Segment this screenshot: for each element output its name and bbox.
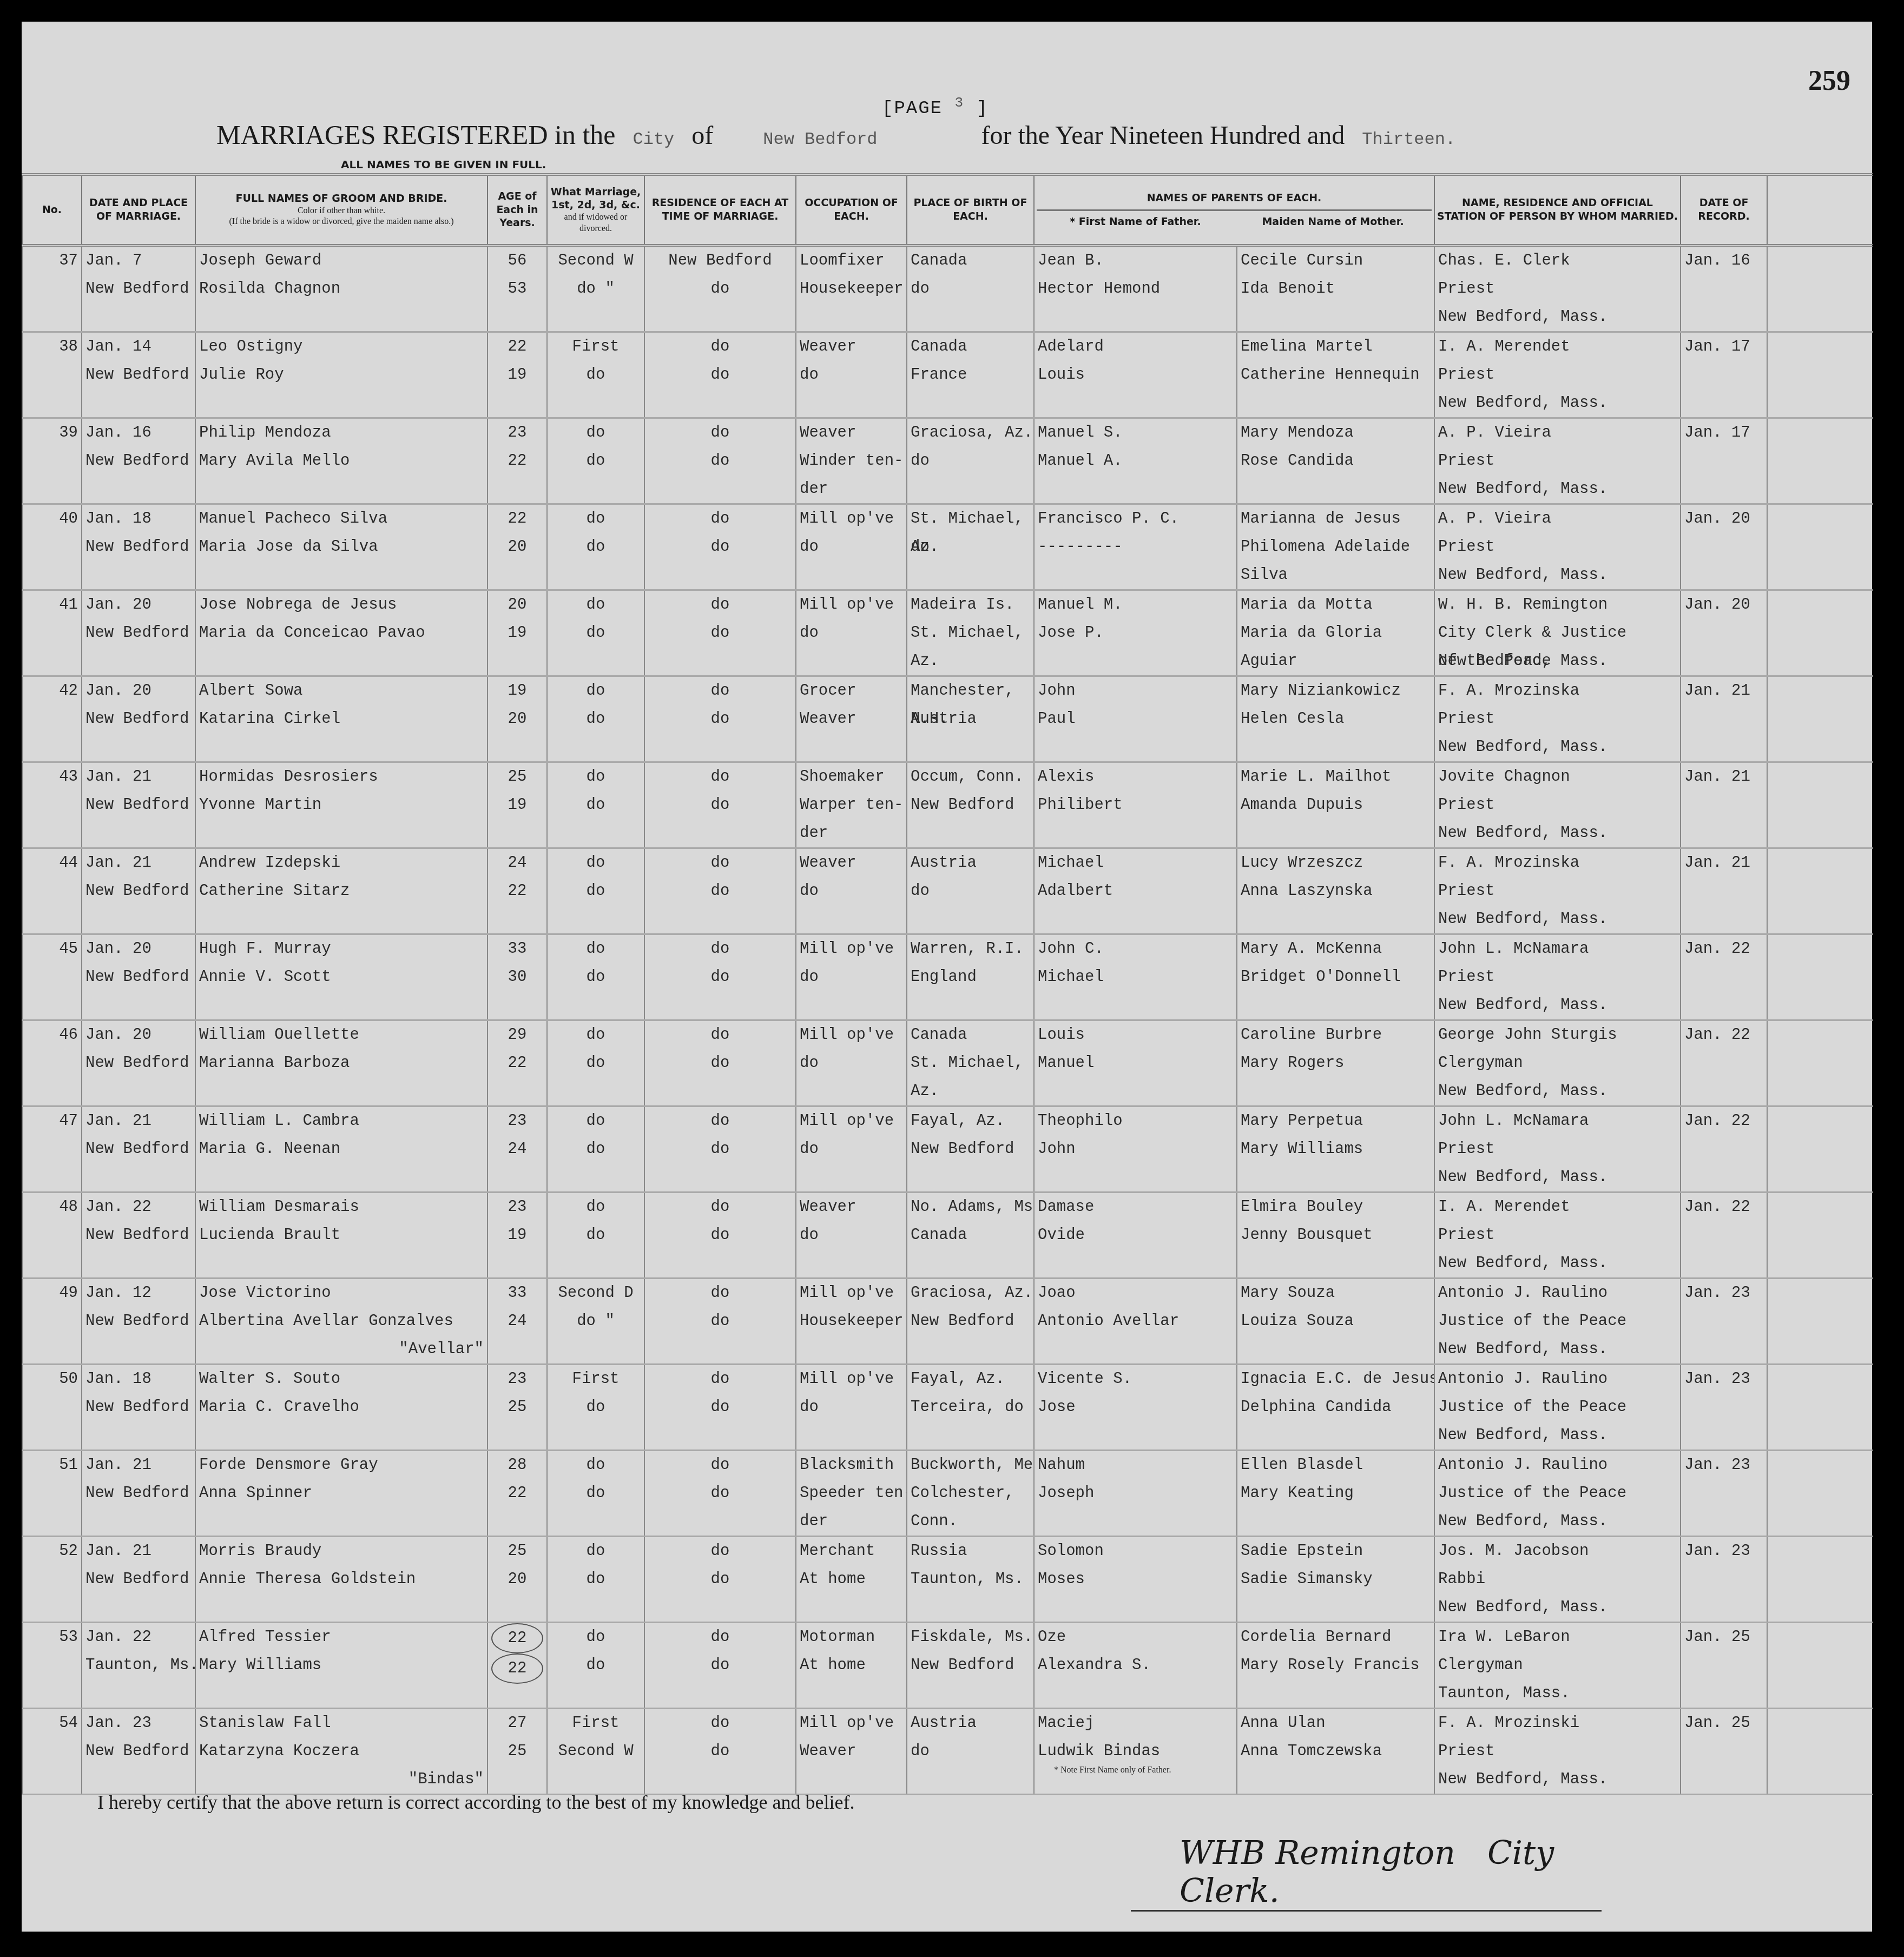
residence: dodo (644, 762, 796, 848)
record-date: Jan. 23 (1684, 1537, 1763, 1565)
groom-birthplace: Austria (911, 849, 1030, 877)
municipality-name: New Bedford (763, 129, 877, 149)
what-marriage: Firstdo (547, 332, 644, 418)
groom-marriage: do (551, 1451, 641, 1479)
bride-occupation: do (800, 1049, 903, 1077)
bride-birthplace: do (911, 533, 1030, 561)
date-place: Jan. 14New Bedford (82, 332, 195, 418)
father-names: AdelardLouis (1034, 332, 1237, 418)
groom-father: Nahum (1038, 1451, 1233, 1479)
bride-occupation: do (800, 1135, 903, 1163)
date-place: Jan. 22Taunton, Ms. (82, 1623, 195, 1709)
bride-name: Maria Jose da Silva (199, 533, 484, 561)
date-place: Jan. 20New Bedford (82, 1020, 195, 1106)
bride-father: Hector Hemond (1038, 275, 1233, 303)
record-date: Jan. 20 (1684, 505, 1763, 533)
marriage-place: New Bedford (85, 1737, 192, 1765)
groom-mother: Sadie Epstein (1241, 1537, 1431, 1565)
officiant: George John SturgisClergymanNew Bedford,… (1434, 1020, 1681, 1106)
col-parents-sub: * First Name of Father. Maiden Name of M… (1037, 215, 1432, 229)
margin-cell (1767, 934, 1873, 1020)
groom-father: Manuel S. (1038, 419, 1233, 447)
bride-occupation: Housekeeper (800, 275, 903, 303)
ages: 1920 (487, 676, 547, 762)
ages: 2822 (487, 1451, 547, 1537)
municipality-type: City (633, 129, 675, 149)
groom-residence: do (648, 1451, 792, 1479)
groom-marriage: do (551, 505, 641, 533)
groom-marriage: do (551, 419, 641, 447)
groom-residence: do (648, 1365, 792, 1393)
groom-name: Jose Nobrega de Jesus (199, 591, 484, 619)
table-row: 54Jan. 23New BedfordStanislaw FallKatarz… (22, 1709, 1873, 1795)
record-date: Jan. 22 (1681, 934, 1767, 1020)
record-no: 38 (22, 332, 82, 418)
groom-age: 23 (491, 1365, 543, 1393)
bride-birthplace: France (911, 361, 1030, 389)
names: Philip MendozaMary Avila Mello (195, 418, 487, 504)
officiant: John L. McNamaraPriestNew Bedford, Mass. (1434, 934, 1681, 1020)
officiant: Ira W. LeBaronClergymanTaunton, Mass. (1434, 1623, 1681, 1709)
groom-father: Solomon (1038, 1537, 1233, 1565)
officiant-title: Justice of the Peace (1438, 1393, 1677, 1421)
record-number: 42 (26, 677, 78, 705)
groom-name: William L. Cambra (199, 1107, 484, 1135)
occupation: Weaverdo (796, 1192, 907, 1279)
record-number: 43 (26, 763, 78, 791)
groom-residence: do (648, 591, 792, 619)
bride-age: 22 (491, 1479, 543, 1507)
margin-cell (1767, 1279, 1873, 1365)
officiant-name: Jovite Chagnon (1438, 763, 1677, 791)
officiant: John L. McNamaraPriestNew Bedford, Mass. (1434, 1106, 1681, 1192)
names: Joseph GewardRosilda Chagnon (195, 246, 487, 332)
groom-age: 33 (491, 935, 543, 963)
marriage-date: Jan. 21 (85, 763, 192, 791)
table-row: 47Jan. 21New BedfordWilliam L. CambraMar… (22, 1106, 1873, 1192)
groom-occupation: Weaver (800, 419, 903, 447)
officiant-name: Antonio J. Raulino (1438, 1365, 1677, 1393)
record-number: 44 (26, 849, 78, 877)
officiant-title: Priest (1438, 1135, 1677, 1163)
bride-father: Alexandra S. (1038, 1651, 1233, 1679)
record-number: 49 (26, 1279, 78, 1307)
marriage-date: Jan. 22 (85, 1193, 192, 1221)
officiant: Antonio J. RaulinoJustice of the PeaceNe… (1434, 1279, 1681, 1365)
margin-cell (1767, 1365, 1873, 1451)
bride-residence: do (648, 1565, 792, 1593)
bride-father: Moses (1038, 1565, 1233, 1593)
bride-residence: do (648, 1135, 792, 1163)
bride-name: Katarzyna Koczera (199, 1737, 484, 1765)
birthplace: Graciosa, Az.do (907, 418, 1034, 504)
bride-birthplace: St. Michael, Az. (911, 619, 1030, 647)
residence: dodo (644, 676, 796, 762)
mother-names: Ellen BlasdelMary Keating (1237, 1451, 1434, 1537)
bride-marriage: do (551, 533, 641, 561)
groom-father: John C. (1038, 935, 1233, 963)
marriage-place: New Bedford (85, 447, 192, 475)
what-marriage: dodo (547, 676, 644, 762)
residence: dodo (644, 1279, 796, 1365)
birthplace: Fayal, Az.Terceira, do (907, 1365, 1034, 1451)
bride-occupation: do (800, 963, 903, 991)
ages: 2519 (487, 762, 547, 848)
bride-mother: Mary Williams (1241, 1135, 1431, 1163)
officiant-residence: New Bedford, Mass. (1438, 733, 1677, 761)
officiant-residence: New Bedford, Mass. (1438, 1163, 1677, 1191)
footnote: * Note First Name only of Father. (1038, 1765, 1233, 1775)
officiant-residence: New Bedford, Mass. (1438, 905, 1677, 933)
father-names: SolomonMoses (1034, 1537, 1237, 1623)
officiant-residence: New Bedford, Mass. (1438, 1593, 1677, 1622)
record-date: Jan. 25 (1684, 1623, 1763, 1651)
names: Andrew IzdepskiCatherine Sitarz (195, 848, 487, 934)
bride-name: Annie V. Scott (199, 963, 484, 991)
record-date: Jan. 20 (1681, 590, 1767, 676)
bride-marriage: do (551, 1393, 641, 1421)
father-names: Francisco P. C.--------- (1034, 504, 1237, 590)
residence: dodo (644, 1365, 796, 1451)
father-names: NahumJoseph (1034, 1451, 1237, 1537)
groom-occupation: Motorman (800, 1623, 903, 1651)
date-place: Jan. 20New Bedford (82, 934, 195, 1020)
clerk-signature: WHB Remington City Clerk. (1131, 1834, 1602, 1912)
officiant-title: City Clerk & Justice of the Peace (1438, 619, 1677, 647)
groom-mother: Caroline Burbre (1241, 1021, 1431, 1049)
groom-mother: Ignacia E.C. de Jesus (1241, 1365, 1431, 1393)
officiant-title: Priest (1438, 791, 1677, 819)
father-names: Manuel S.Manuel A. (1034, 418, 1237, 504)
officiant-residence: New Bedford, Mass. (1438, 1507, 1677, 1536)
bride-birthplace: New Bedford (911, 1135, 1030, 1163)
officiant-name: Antonio J. Raulino (1438, 1279, 1677, 1307)
bride-father: Paul (1038, 705, 1233, 733)
record-no: 51 (22, 1451, 82, 1537)
groom-birthplace: Occum, Conn. (911, 763, 1030, 791)
groom-occupation: Grocer (800, 677, 903, 705)
margin-cell (1767, 332, 1873, 418)
father-names: AlexisPhilibert (1034, 762, 1237, 848)
bride-residence: do (648, 1393, 792, 1421)
bride-birthplace: do (911, 1737, 1030, 1765)
residence: dodo (644, 1020, 796, 1106)
groom-father: Louis (1038, 1021, 1233, 1049)
bride-age: 22 (491, 1049, 543, 1077)
record-date: Jan. 21 (1681, 848, 1767, 934)
record-no: 41 (22, 590, 82, 676)
groom-occupation: Mill op've (800, 1365, 903, 1393)
residence: dodo (644, 1623, 796, 1709)
birthplace: Manchester, N.H.Austria (907, 676, 1034, 762)
marriage-place: New Bedford (85, 1221, 192, 1249)
residence: dodo (644, 332, 796, 418)
groom-age: 20 (491, 591, 543, 619)
bride-mother: Ida Benoit (1241, 275, 1431, 303)
occupation: GrocerWeaver (796, 676, 907, 762)
groom-birthplace: Manchester, N.H. (911, 677, 1030, 705)
bride-mother: Helen Cesla (1241, 705, 1431, 733)
groom-birthplace: Russia (911, 1537, 1030, 1565)
names: William OuelletteMarianna Barboza (195, 1020, 487, 1106)
groom-father: Maciej (1038, 1709, 1233, 1737)
occupation: Weaverdo (796, 332, 907, 418)
names: Hugh F. MurrayAnnie V. Scott (195, 934, 487, 1020)
col-what-marriage-note: and if widowed or divorced. (550, 212, 642, 235)
bride-occupation: do (800, 361, 903, 389)
bride-age: 25 (491, 1393, 543, 1421)
marriage-date: Jan. 21 (85, 1537, 192, 1565)
occupation: LoomfixerHousekeeper (796, 246, 907, 332)
record-date: Jan. 22 (1684, 1193, 1763, 1221)
father-names: LouisManuel (1034, 1020, 1237, 1106)
groom-father: Adelard (1038, 333, 1233, 361)
bride-age: 20 (491, 533, 543, 561)
bride-father: Ovide (1038, 1221, 1233, 1249)
groom-age: 25 (491, 763, 543, 791)
record-date: Jan. 16 (1681, 246, 1767, 332)
ages: 2019 (487, 590, 547, 676)
bride-marriage: do (551, 1651, 641, 1679)
groom-occupation: Merchant (800, 1537, 903, 1565)
table-row: 50Jan. 18New BedfordWalter S. SoutoMaria… (22, 1365, 1873, 1451)
groom-father: Oze (1038, 1623, 1233, 1651)
marriage-date: Jan. 23 (85, 1709, 192, 1737)
margin-cell (1767, 1623, 1873, 1709)
date-place: Jan. 20New Bedford (82, 676, 195, 762)
groom-birthplace: St. Michael, Az. (911, 505, 1030, 533)
margin-cell (1767, 1106, 1873, 1192)
groom-birthplace: Graciosa, Az. (911, 419, 1030, 447)
officiant-title: Clergyman (1438, 1049, 1677, 1077)
bride-age: 22 (491, 447, 543, 475)
officiant: Chas. E. ClerkPriestNew Bedford, Mass. (1434, 246, 1681, 332)
record-number: 39 (26, 419, 78, 447)
table-row: 52Jan. 21New BedfordMorris BraudyAnnie T… (22, 1537, 1873, 1623)
ages: 2325 (487, 1365, 547, 1451)
mother-names: Cecile CursinIda Benoit (1237, 246, 1434, 332)
officiant-title: Priest (1438, 963, 1677, 991)
bride-age: 30 (491, 963, 543, 991)
record-no: 37 (22, 246, 82, 332)
bride-mother: Amanda Dupuis (1241, 791, 1431, 819)
officiant-name: A. P. Vieira (1438, 419, 1677, 447)
year-prefix: for the Year Nineteen Hundred and (981, 121, 1345, 150)
groom-age: 24 (491, 849, 543, 877)
mother-names: Lucy WrzeszczAnna Laszynska (1237, 848, 1434, 934)
margin-cell (1767, 504, 1873, 590)
bride-marriage: do (551, 1221, 641, 1249)
ages: 2324 (487, 1106, 547, 1192)
groom-age: 28 (491, 1451, 543, 1479)
record-date: Jan. 22 (1681, 1020, 1767, 1106)
col-mother: Maiden Name of Mother. (1234, 215, 1432, 229)
officiant-name: Antonio J. Raulino (1438, 1451, 1677, 1479)
officiant-residence: New Bedford, Mass. (1438, 647, 1677, 675)
father-names: MaciejLudwik Bindas* Note First Name onl… (1034, 1709, 1237, 1795)
occupation: Mill op'vedo (796, 590, 907, 676)
names: Hormidas DesrosiersYvonne Martin (195, 762, 487, 848)
record-date: Jan. 22 (1684, 1021, 1763, 1049)
what-marriage: dodo (547, 418, 644, 504)
groom-birthplace: Warren, R.I. (911, 935, 1030, 963)
bride-mother: Jenny Bousquet (1241, 1221, 1431, 1249)
marriage-place: New Bedford (85, 275, 192, 303)
occupation: Mill op'vedo (796, 504, 907, 590)
occupation: Mill op'vedo (796, 1106, 907, 1192)
bride-name: Maria da Conceicao Pavao (199, 619, 484, 647)
col-what-marriage-label: What Marriage, 1st, 2d, 3d, &c. (551, 186, 641, 212)
bride-father: Michael (1038, 963, 1233, 991)
marriage-date: Jan. 14 (85, 333, 192, 361)
bride-name: Catherine Sitarz (199, 877, 484, 905)
groom-name: Andrew Izdepski (199, 849, 484, 877)
ages: 5653 (487, 246, 547, 332)
ages: 2319 (487, 1192, 547, 1279)
col-parents-label: NAMES OF PARENTS OF EACH. (1037, 192, 1432, 211)
bride-birthplace: do (911, 275, 1030, 303)
groom-age: 27 (491, 1709, 543, 1737)
officiant-name: Ira W. LeBaron (1438, 1623, 1677, 1651)
record-date: Jan. 22 (1681, 1106, 1767, 1192)
names: Leo OstignyJulie Roy (195, 332, 487, 418)
date-place: Jan. 18New Bedford (82, 504, 195, 590)
officiant-residence: New Bedford, Mass. (1438, 303, 1677, 331)
marriage-date: Jan. 21 (85, 849, 192, 877)
officiant-name: I. A. Merendet (1438, 333, 1677, 361)
groom-marriage: First (551, 1709, 641, 1737)
bride-marriage: do (551, 791, 641, 819)
groom-mother: Cecile Cursin (1241, 247, 1431, 275)
record-number: 38 (26, 333, 78, 361)
record-date: Jan. 25 (1681, 1623, 1767, 1709)
bride-name: Yvonne Martin (199, 791, 484, 819)
groom-mother: Mary Souza (1241, 1279, 1431, 1307)
ages: 2422 (487, 848, 547, 934)
marriage-place: New Bedford (85, 533, 192, 561)
record-no: 49 (22, 1279, 82, 1365)
record-no: 47 (22, 1106, 82, 1192)
groom-marriage: Second D (551, 1279, 641, 1307)
col-date-record: DATE OF RECORD. (1681, 175, 1767, 246)
bride-age: 22 (491, 1653, 543, 1684)
mother-names: Mary MendozaRose Candida (1237, 418, 1434, 504)
record-date: Jan. 22 (1681, 1192, 1767, 1279)
bride-name: Katarina Cirkel (199, 705, 484, 733)
mother-names: Anna UlanAnna Tomczewska (1237, 1709, 1434, 1795)
marriage-date: Jan. 21 (85, 1451, 192, 1479)
father-names: Jean B.Hector Hemond (1034, 246, 1237, 332)
mother-names: Elmira BouleyJenny Bousquet (1237, 1192, 1434, 1279)
record-no: 48 (22, 1192, 82, 1279)
residence: dodo (644, 1537, 796, 1623)
marriage-place: New Bedford (85, 1565, 192, 1593)
sheet-number: 259 (1808, 65, 1850, 97)
bride-marriage: do (551, 1565, 641, 1593)
bride-father: Antonio Avellar (1038, 1307, 1233, 1335)
bride-birthplace: do (911, 447, 1030, 475)
bride-residence: do (648, 963, 792, 991)
groom-residence: do (648, 1193, 792, 1221)
instruction: ALL NAMES TO BE GIVEN IN FULL. (341, 158, 546, 171)
groom-marriage: do (551, 1193, 641, 1221)
groom-mother: Lucy Wrzeszcz (1241, 849, 1431, 877)
mother-names: Cordelia BernardMary Rosely Francis (1237, 1623, 1434, 1709)
marriage-place: New Bedford (85, 705, 192, 733)
record-date: Jan. 23 (1681, 1537, 1767, 1623)
marriage-place: New Bedford (85, 877, 192, 905)
groom-mother: Mary A. McKenna (1241, 935, 1431, 963)
groom-occupation: Mill op've (800, 1279, 903, 1307)
bride-age: 19 (491, 361, 543, 389)
residence: dodo (644, 1451, 796, 1537)
bride-name: Albertina Avellar Gonzalves (199, 1307, 484, 1335)
groom-birthplace: Austria (911, 1709, 1030, 1737)
marriage-place: New Bedford (85, 361, 192, 389)
bride-residence: do (648, 1049, 792, 1077)
names: Alfred TessierMary Williams (195, 1623, 487, 1709)
what-marriage: Second Wdo " (547, 246, 644, 332)
marriage-place: New Bedford (85, 1049, 192, 1077)
groom-mother: Anna Ulan (1241, 1709, 1431, 1737)
date-place: Jan. 21New Bedford (82, 1537, 195, 1623)
record-date: Jan. 23 (1684, 1451, 1763, 1479)
groom-mother: Marianna de Jesus (1241, 505, 1431, 533)
record-number: 50 (26, 1365, 78, 1393)
table-row: 45Jan. 20New BedfordHugh F. MurrayAnnie … (22, 934, 1873, 1020)
officiant: I. A. MerendetPriestNew Bedford, Mass. (1434, 1192, 1681, 1279)
names: Stanislaw FallKatarzyna Koczera"Bindas" (195, 1709, 487, 1795)
father-names: OzeAlexandra S. (1034, 1623, 1237, 1709)
bride-residence: do (648, 1651, 792, 1679)
bride-residence: do (648, 361, 792, 389)
bride-marriage: do (551, 447, 641, 475)
officiant: W. H. B. RemingtonCity Clerk & Justice o… (1434, 590, 1681, 676)
bride-age: 20 (491, 705, 543, 733)
record-no: 50 (22, 1365, 82, 1451)
record-date: Jan. 25 (1684, 1709, 1763, 1737)
occupation: MotormanAt home (796, 1623, 907, 1709)
groom-father: Jean B. (1038, 247, 1233, 275)
groom-age: 22 (491, 505, 543, 533)
col-what-marriage: What Marriage, 1st, 2d, 3d, &c. and if w… (547, 175, 644, 246)
record-no: 53 (22, 1623, 82, 1709)
bride-birthplace: St. Michael, Az. (911, 1049, 1030, 1077)
bride-age: 19 (491, 619, 543, 647)
groom-occupation: Mill op've (800, 505, 903, 533)
col-residence: RESIDENCE OF EACH AT TIME OF MARRIAGE. (644, 175, 796, 246)
bride-father: Philibert (1038, 791, 1233, 819)
officiant-name: Jos. M. Jacobson (1438, 1537, 1677, 1565)
groom-marriage: do (551, 935, 641, 963)
groom-age: 23 (491, 1107, 543, 1135)
officiant-name: George John Sturgis (1438, 1021, 1677, 1049)
margin-cell (1767, 418, 1873, 504)
record-no: 54 (22, 1709, 82, 1795)
birthplace: Austriado (907, 848, 1034, 934)
birthplace: CanadaSt. Michael, Az. (907, 1020, 1034, 1106)
occupation: Weaverdo (796, 848, 907, 934)
date-place: Jan. 21New Bedford (82, 1451, 195, 1537)
officiant-residence: New Bedford, Mass. (1438, 1249, 1677, 1277)
ages: 2520 (487, 1537, 547, 1623)
occupation: Mill op'veWeaver (796, 1709, 907, 1795)
groom-marriage: do (551, 1623, 641, 1651)
groom-name: Alfred Tessier (199, 1623, 484, 1651)
date-place: Jan. 21New Bedford (82, 1106, 195, 1192)
officiant: I. A. MerendetPriestNew Bedford, Mass. (1434, 332, 1681, 418)
bride-occupation: Weaver (800, 1737, 903, 1765)
